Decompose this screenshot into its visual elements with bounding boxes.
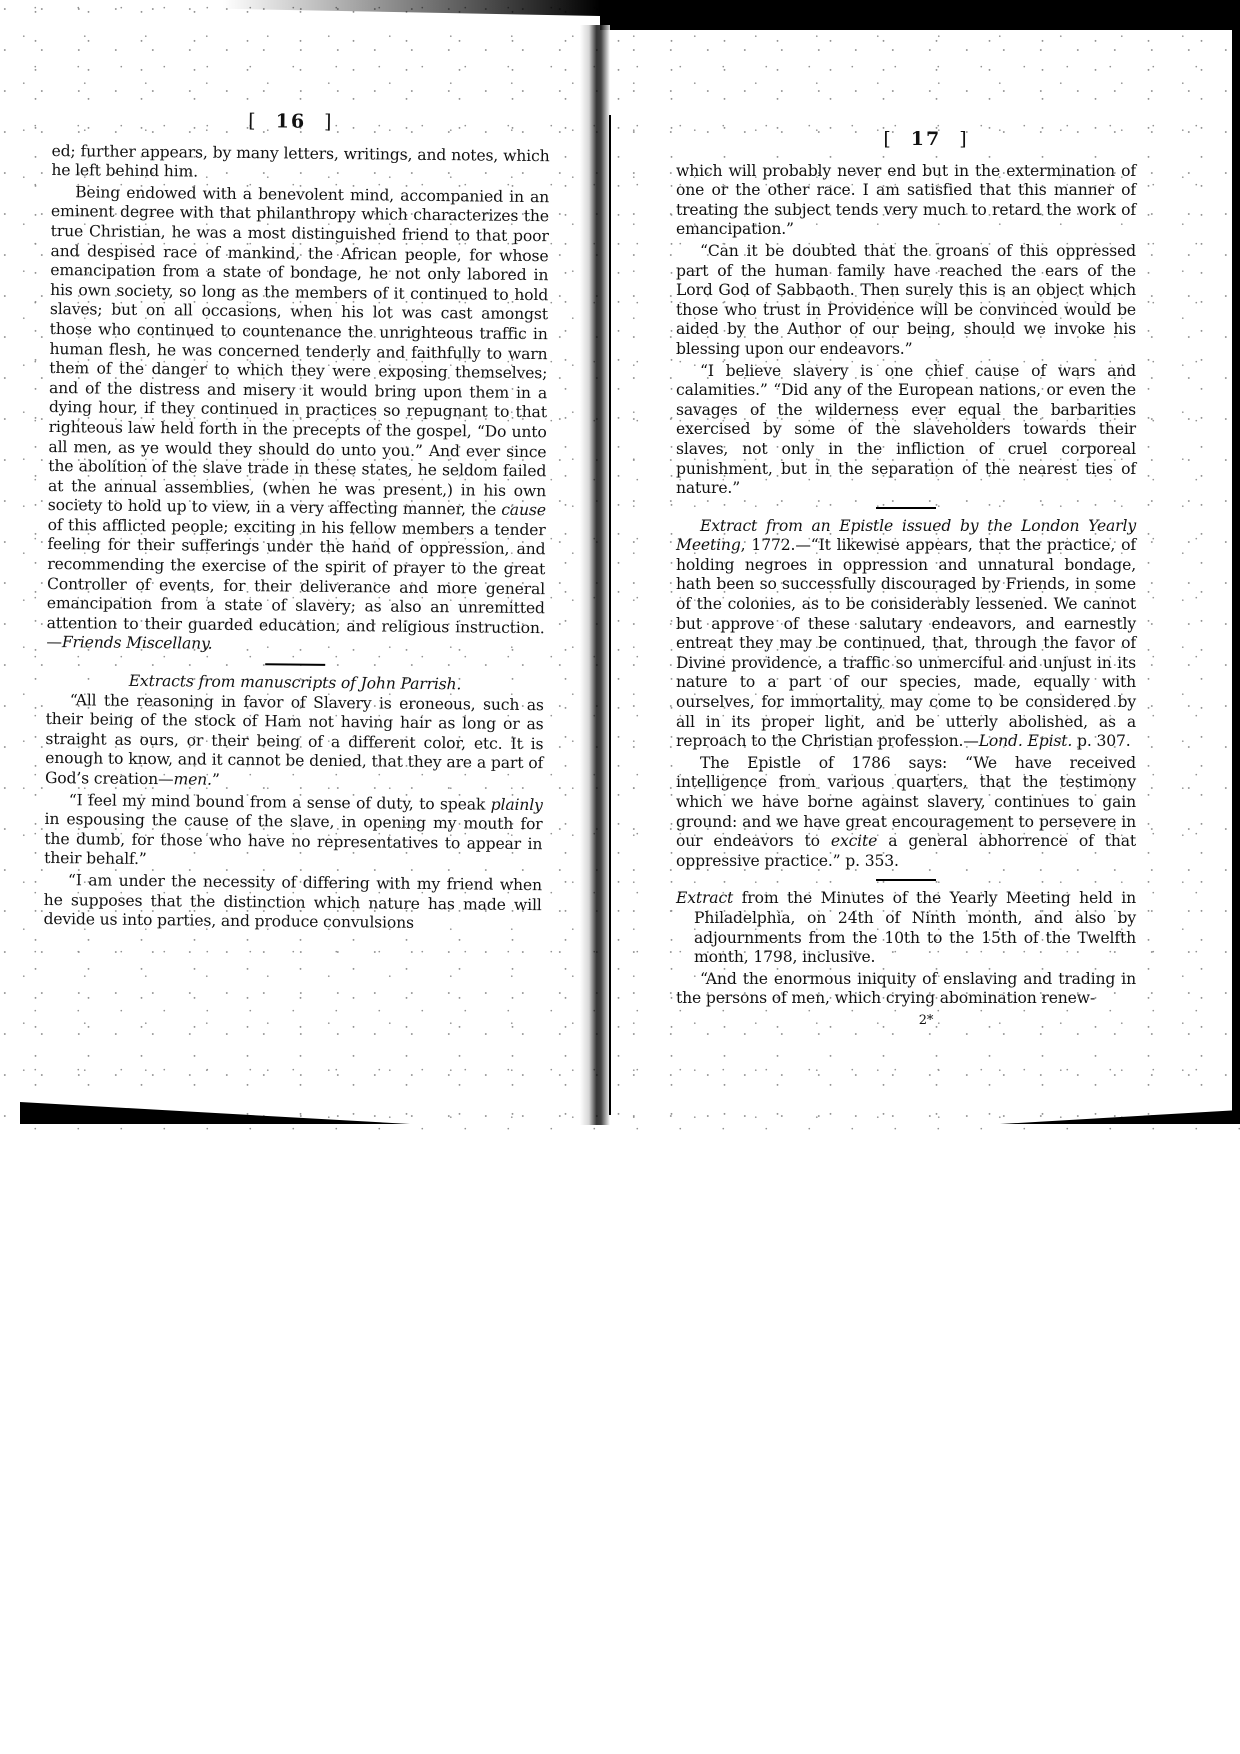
section-divider bbox=[876, 507, 936, 509]
paragraph-continuation: ed; further appears, by many letters, wr… bbox=[51, 142, 549, 186]
section-divider bbox=[876, 879, 936, 881]
epistle-1786: The Epistle of 1786 says: “We have recei… bbox=[676, 754, 1136, 872]
paragraph-continuation-right: which will probably never end but in the… bbox=[676, 162, 1136, 240]
left-page: [16] ed; further appears, by many letter… bbox=[43, 110, 550, 937]
paragraph-groans: “Can it be doubted that the groans of th… bbox=[676, 242, 1136, 360]
scanned-page-spread: [16] ed; further appears, by many letter… bbox=[0, 0, 1240, 1130]
scan-border-bottom-right bbox=[1000, 1110, 1240, 1124]
scan-border-top-left bbox=[20, 0, 600, 16]
paragraph-benevolent: Being endowed with a benevolent mind, ac… bbox=[46, 183, 549, 658]
quote-reasoning: “All the reasoning in favor of Slavery i… bbox=[45, 691, 544, 794]
london-epistle-extract: Extract from an Epistle issued by the Lo… bbox=[676, 517, 1136, 752]
paragraph-wars: “I believe slavery is one chief cause of… bbox=[676, 362, 1136, 499]
right-page: [17] which will probably never end but i… bbox=[676, 130, 1136, 1031]
quote-duty: “I feel my mind bound from a sense of du… bbox=[44, 791, 543, 875]
source-citation: Lond. Epist. bbox=[979, 732, 1072, 750]
page-number-16: [16] bbox=[32, 110, 550, 135]
source-citation: Friends Miscellany. bbox=[62, 634, 213, 654]
gutter-line bbox=[609, 115, 611, 1115]
scan-border-right bbox=[1232, 0, 1240, 1120]
philadelphia-extract-heading: Extract from the Minutes of the Yearly M… bbox=[676, 889, 1136, 967]
paragraph-iniquity: “And the enormous iniquity of enslaving … bbox=[676, 970, 1136, 1009]
page-number-17: [17] bbox=[716, 130, 1136, 150]
section-divider bbox=[265, 663, 325, 666]
signature-mark: 2* bbox=[676, 1011, 1136, 1031]
scan-border-bottom-left bbox=[20, 1102, 410, 1124]
quote-differing: “I am under the necessity of differing w… bbox=[43, 871, 542, 935]
book-binding-gutter bbox=[580, 25, 610, 1125]
scan-border-top-right bbox=[600, 0, 1240, 30]
